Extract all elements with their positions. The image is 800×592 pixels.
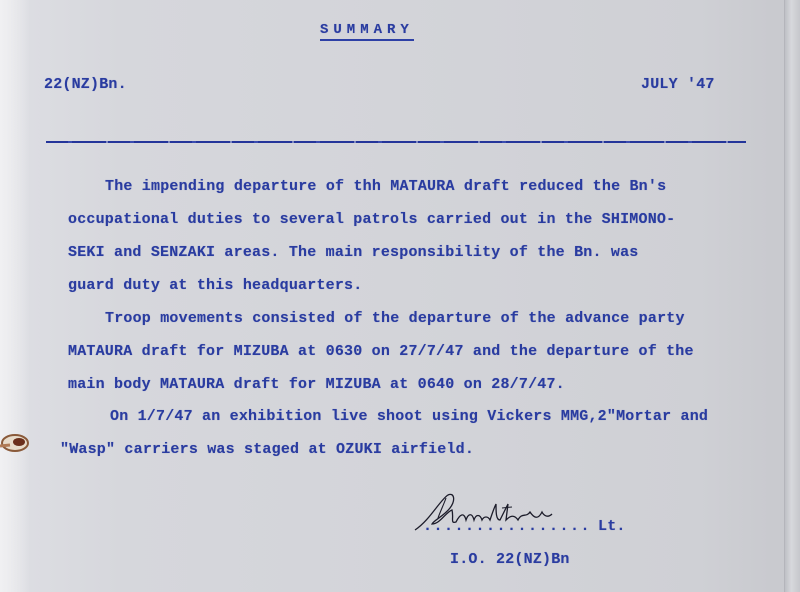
text-line: SEKI and SENZAKI areas. The main respons… [68, 244, 639, 261]
text-line: guard duty at this headquarters. [68, 277, 362, 294]
text-line: The impending departure of thh MATAURA d… [105, 178, 666, 195]
text-line: "Wasp" carriers was staged at OZUKI airf… [60, 441, 474, 458]
signature-role: I.O. 22(NZ)Bn [450, 551, 570, 568]
horizontal-rule [46, 141, 746, 143]
text-line: MATAURA draft for MIZUBA at 0630 on 27/7… [68, 343, 694, 360]
text-line: occupational duties to several patrols c… [68, 211, 675, 228]
document-date: JULY '47 [641, 76, 715, 93]
text-line: On 1/7/47 an exhibition live shoot using… [110, 408, 708, 425]
unit-label: 22(NZ)Bn. [44, 76, 127, 93]
signature-rank: Lt. [598, 518, 626, 535]
signature-dotted-line: ................ [423, 518, 591, 535]
text-line: Troop movements consisted of the departu… [105, 310, 685, 327]
page-edge [784, 0, 800, 592]
binder-ring-icon [0, 430, 30, 460]
document-page: SUMMARY 22(NZ)Bn. JULY '47 The impending… [0, 0, 800, 592]
text-line: main body MATAURA draft for MIZUBA at 06… [68, 376, 565, 393]
document-title: SUMMARY [320, 22, 414, 41]
page-shadow [0, 0, 30, 592]
